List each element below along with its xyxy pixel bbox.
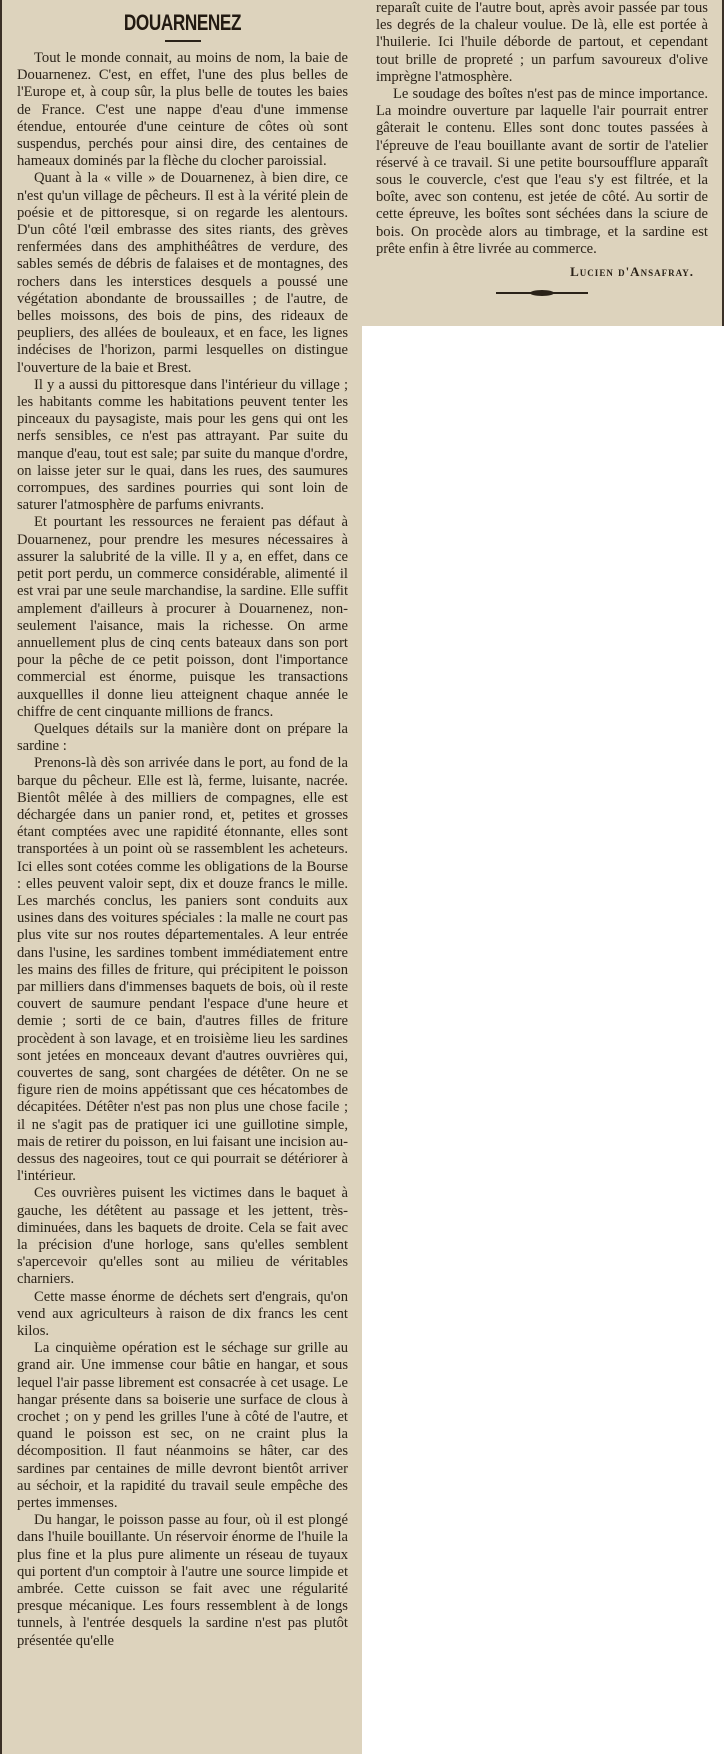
paragraph: Quant à la « ville » de Douarnenez, à bi… xyxy=(17,170,348,376)
ornament-knot xyxy=(530,290,554,296)
paragraph: Il y a aussi du pittoresque dans l'intér… xyxy=(17,377,348,515)
paragraph: Et pourtant les ressources ne feraient p… xyxy=(17,514,348,720)
paragraph: Du hangar, le poisson passe au four, où … xyxy=(17,1512,348,1650)
paragraph: Le soudage des boîtes n'est pas de mince… xyxy=(376,86,708,258)
paragraph: Cette masse énorme de déchets sert d'eng… xyxy=(17,1289,348,1341)
article-column-right: reparaît cuite de l'autre bout, après av… xyxy=(362,0,724,326)
article-column-left: DOUARNENEZ Tout le monde connait, au moi… xyxy=(0,0,362,1754)
paragraph: Prenons-là dès son arrivée dans le port,… xyxy=(17,755,348,1185)
author-signature: Lucien d'Ansafray. xyxy=(376,264,694,280)
paragraph: Ces ouvrières puisent les victimes dans … xyxy=(17,1185,348,1288)
article-title: DOUARNENEZ xyxy=(53,10,311,36)
title-rule-divider xyxy=(165,40,201,42)
paragraph: reparaît cuite de l'autre bout, après av… xyxy=(376,0,708,86)
paragraph: La cinquième opération est le séchage su… xyxy=(17,1340,348,1512)
paragraph: Quelques détails sur la manière dont on … xyxy=(17,721,348,755)
paragraph: Tout le monde connait, au moins de nom, … xyxy=(17,50,348,170)
ornament-divider-icon xyxy=(496,290,588,296)
